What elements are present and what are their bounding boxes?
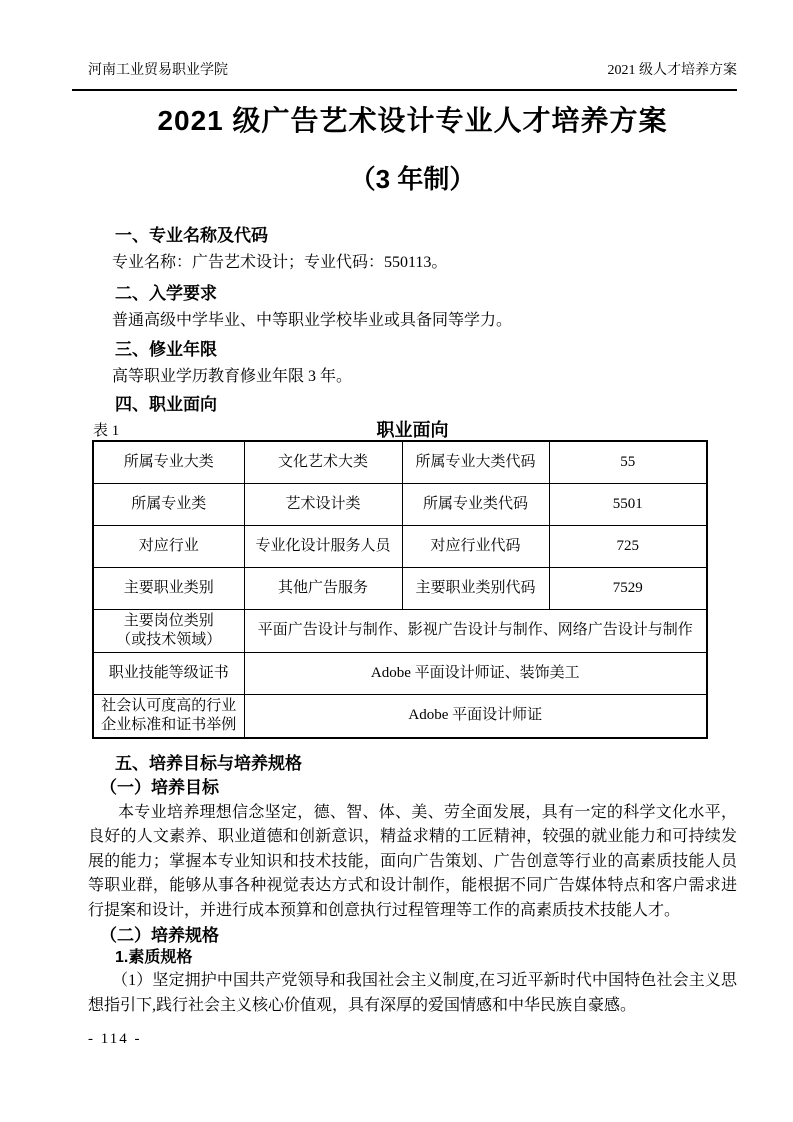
doc-title: 2021 级广告艺术设计专业人才培养方案 <box>88 104 737 138</box>
header-school-name: 河南工业贸易职业学院 <box>88 62 228 80</box>
table-row: 所属专业类 艺术设计类 所属专业类代码 5501 <box>93 483 707 525</box>
section-1-body: 专业名称：广告艺术设计；专业代码：550113。 <box>88 251 737 275</box>
table-cell-label: 所属专业大类 <box>93 441 244 483</box>
doc-subtitle: （3 年制） <box>88 163 737 195</box>
table-cell-label: 职业技能等级证书 <box>93 652 244 694</box>
table-cell-label: 主要职业类别代码 <box>402 567 549 609</box>
section-5-2-1-heading: 1.素质规格 <box>88 947 737 969</box>
table-row: 职业技能等级证书 Adobe 平面设计师证、装饰美工 <box>93 652 707 694</box>
section-5-1-heading: （一）培养目标 <box>88 777 737 799</box>
table-cell-merged-value: 平面广告设计与制作、影视广告设计与制作、网络广告设计与制作 <box>244 609 707 652</box>
table-cell-label: 所属专业类代码 <box>402 483 549 525</box>
table-cell-label: 对应行业 <box>93 525 244 567</box>
table-cell-value: 其他广告服务 <box>244 567 402 609</box>
table-caption-title: 职业面向 <box>88 421 737 440</box>
header-program-label: 2021 级人才培养方案 <box>608 62 738 80</box>
table-cell-merged-value: Adobe 平面设计师证 <box>244 694 707 738</box>
table-cell-label: 所属专业大类代码 <box>402 441 549 483</box>
table-row: 主要岗位类别 （或技术领域） 平面广告设计与制作、影视广告设计与制作、网络广告设… <box>93 609 707 652</box>
table-row: 社会认可度高的行业 企业标准和证书举例 Adobe 平面设计师证 <box>93 694 707 738</box>
table-caption-label: 表 1 <box>93 423 119 440</box>
page-header: 河南工业贸易职业学院 2021 级人才培养方案 <box>72 62 737 91</box>
table-cell-value: 专业化设计服务人员 <box>244 525 402 567</box>
table-cell-label: 社会认可度高的行业 企业标准和证书举例 <box>93 694 244 738</box>
section-5-heading: 五、培养目标与培养规格 <box>88 753 737 775</box>
section-4-heading: 四、职业面向 <box>88 394 737 416</box>
table-cell-label: 对应行业代码 <box>402 525 549 567</box>
table-cell-code: 7529 <box>549 567 707 609</box>
career-orientation-table: 所属专业大类 文化艺术大类 所属专业大类代码 55 所属专业类 艺术设计类 所属… <box>92 440 708 739</box>
table-cell-code: 5501 <box>549 483 707 525</box>
table-cell-label: 所属专业类 <box>93 483 244 525</box>
table-cell-code: 725 <box>549 525 707 567</box>
table-cell-value: 文化艺术大类 <box>244 441 402 483</box>
section-3-heading: 三、修业年限 <box>88 339 737 361</box>
table-cell-value: 艺术设计类 <box>244 483 402 525</box>
table-caption: 表 1 职业面向 <box>88 421 737 440</box>
section-5-2-heading: （二）培养规格 <box>88 925 737 947</box>
section-5-2-1-body: （1）坚定拥护中国共产党领导和我国社会主义制度,在习近平新时代中国特色社会主义思… <box>88 969 737 1018</box>
table-cell-merged-value: Adobe 平面设计师证、装饰美工 <box>244 652 707 694</box>
document-page: { "page": { "header_left": "河南工业贸易职业学院",… <box>0 0 793 1122</box>
page-number: - 114 - <box>88 1031 141 1048</box>
section-1-heading: 一、专业名称及代码 <box>88 225 737 247</box>
table-row: 主要职业类别 其他广告服务 主要职业类别代码 7529 <box>93 567 707 609</box>
table-row: 所属专业大类 文化艺术大类 所属专业大类代码 55 <box>93 441 707 483</box>
table-row: 对应行业 专业化设计服务人员 对应行业代码 725 <box>93 525 707 567</box>
section-5-1-body: 本专业培养理想信念坚定，德、智、体、美、劳全面发展，具有一定的科学文化水平，良好… <box>88 801 737 924</box>
section-5: 五、培养目标与培养规格 （一）培养目标 本专业培养理想信念坚定，德、智、体、美、… <box>88 753 737 1019</box>
section-3-body: 高等职业学历教育修业年限 3 年。 <box>88 365 737 389</box>
section-2-heading: 二、入学要求 <box>88 283 737 305</box>
section-2-body: 普通高级中学毕业、中等职业学校毕业或具备同等学力。 <box>88 309 737 333</box>
table-cell-label: 主要职业类别 <box>93 567 244 609</box>
table-cell-label: 主要岗位类别 （或技术领域） <box>93 609 244 652</box>
page-content: 河南工业贸易职业学院 2021 级人才培养方案 2021 级广告艺术设计专业人才… <box>0 62 793 1018</box>
table-cell-code: 55 <box>549 441 707 483</box>
